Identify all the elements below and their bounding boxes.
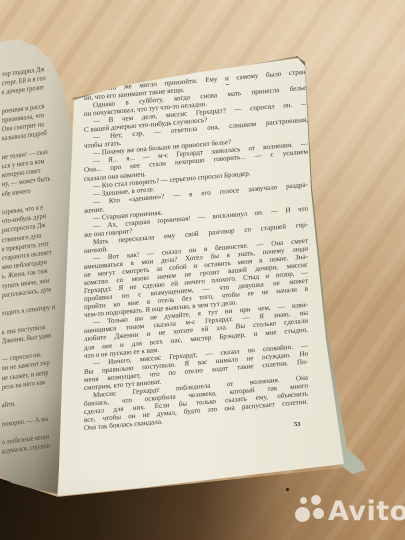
avito-logo-icon — [295, 494, 328, 530]
book-photo: тор подарил Джсторг. Ей и в голе дочери … — [0, 0, 405, 540]
avito-watermark: Avito — [295, 494, 405, 530]
paper-speck — [226, 84, 229, 85]
page-number: 53 — [294, 421, 301, 428]
watermark-brand-text: Avito — [328, 494, 405, 530]
right-page-text: себя, что же могло произойти. Ему и само… — [84, 68, 308, 432]
table-speck — [286, 488, 289, 491]
